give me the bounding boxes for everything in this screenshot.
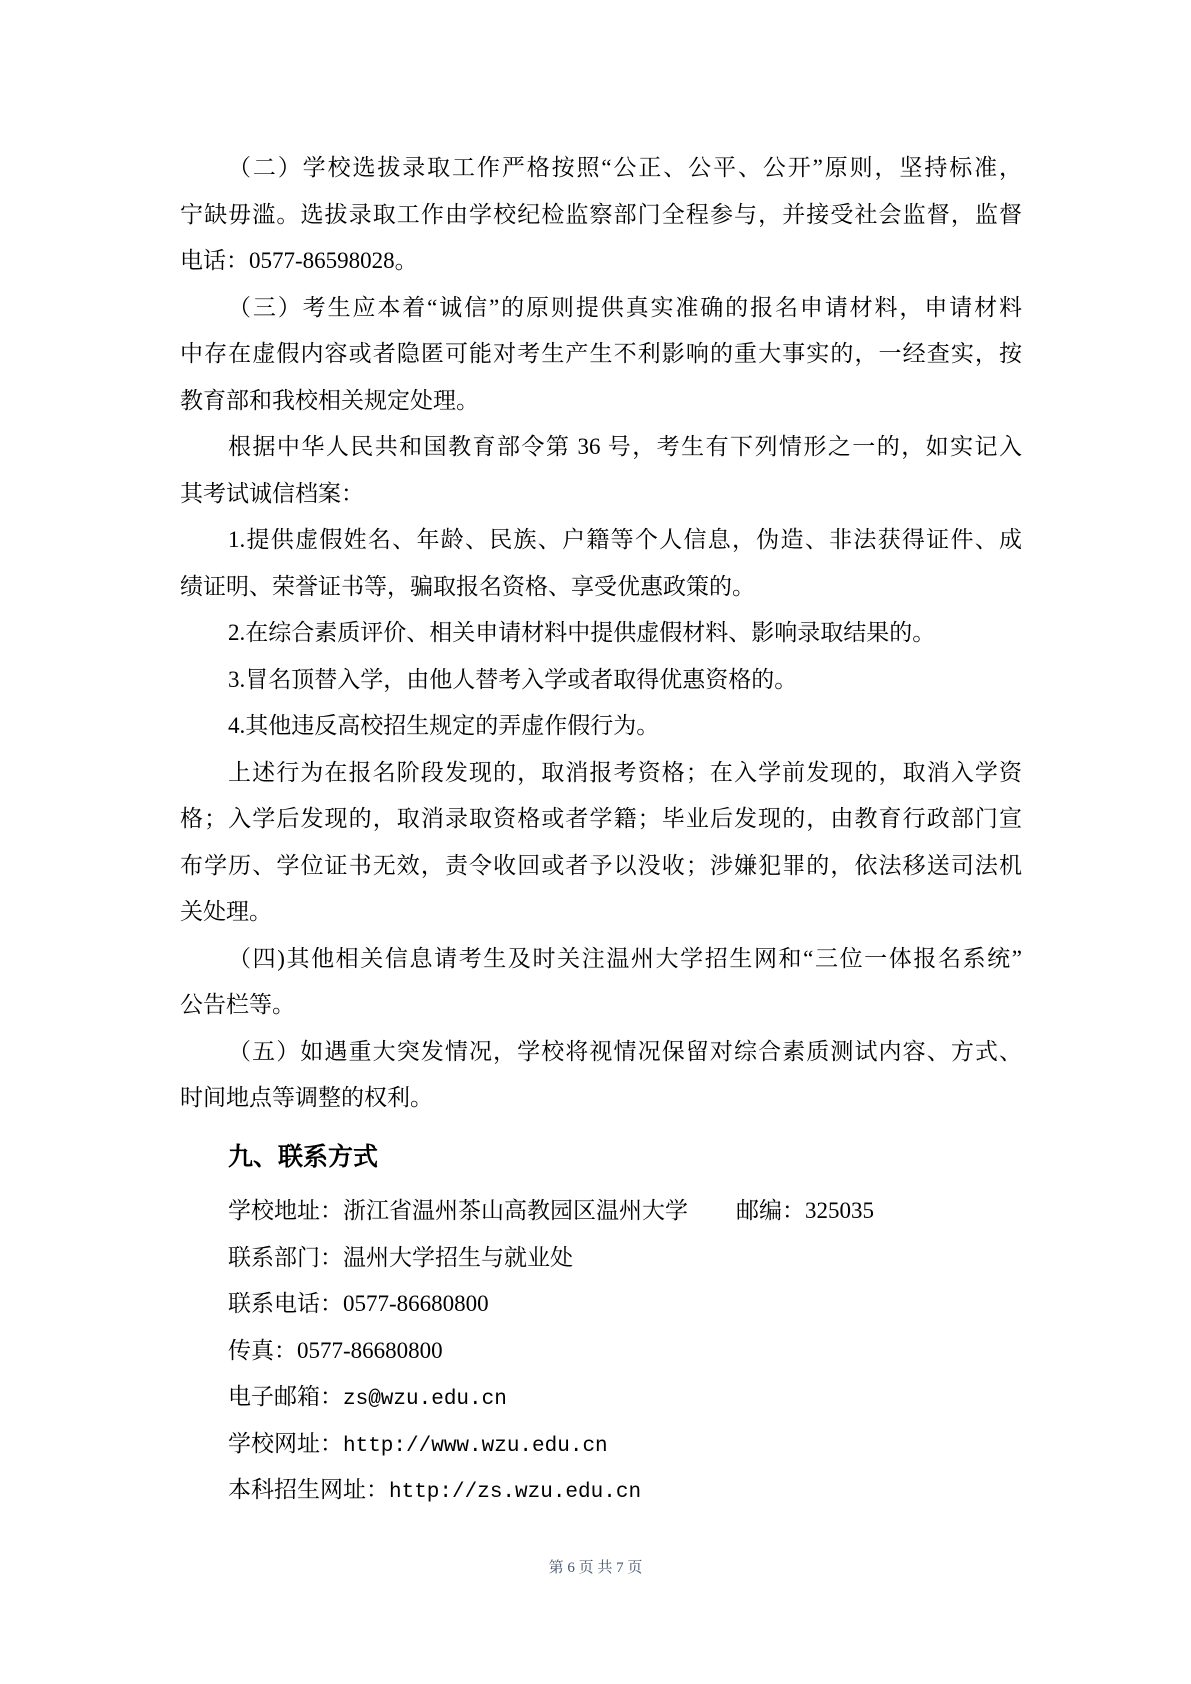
contact-label: 联系电话： bbox=[228, 1291, 343, 1316]
contact-line: 联系部门：温州大学招生与就业处 bbox=[180, 1235, 1022, 1282]
paragraph-line: （三）考生应本着“诚信”的原则提供真实准确的报名申请材料，申请材料 bbox=[180, 285, 1022, 332]
contact-line: 传真：0577-86680800 bbox=[180, 1328, 1022, 1375]
paragraph: 4.其他违反高校招生规定的弄虚作假行为。 bbox=[180, 703, 1022, 750]
paragraph-line: 关处理。 bbox=[180, 889, 1022, 936]
page-footer: 第 6 页 共 7 页 bbox=[0, 1556, 1191, 1577]
contact-label: 本科招生网址： bbox=[228, 1477, 389, 1502]
contact-suffix-label: 邮编： bbox=[736, 1198, 805, 1223]
paragraph-line: 绩证明、荣誉证书等，骗取报名资格、享受优惠政策的。 bbox=[180, 564, 1022, 611]
page-number: 第 6 页 共 7 页 bbox=[549, 1560, 643, 1576]
paragraph-line: （五）如遇重大突发情况，学校将视情况保留对综合素质测试内容、方式、 bbox=[180, 1029, 1022, 1076]
contact-line: 学校地址：浙江省温州茶山高教园区温州大学邮编：325035 bbox=[180, 1188, 1022, 1235]
paragraph-line: 时间地点等调整的权利。 bbox=[180, 1075, 1022, 1122]
paragraph: 2.在综合素质评价、相关申请材料中提供虚假材料、影响录取结果的。 bbox=[180, 610, 1022, 657]
paragraph-line: 中存在虚假内容或者隐匿可能对考生产生不利影响的重大事实的，一经查实，按 bbox=[180, 331, 1022, 378]
contact-line: 学校网址：http://www.wzu.edu.cn bbox=[180, 1421, 1022, 1468]
contact-value: 0577-86680800 bbox=[297, 1338, 443, 1363]
paragraph: 3.冒名顶替入学，由他人替考入学或者取得优惠资格的。 bbox=[180, 657, 1022, 704]
paragraph: （五）如遇重大突发情况，学校将视情况保留对综合素质测试内容、方式、时间地点等调整… bbox=[180, 1029, 1022, 1122]
paragraph-line: （四)其他相关信息请考生及时关注温州大学招生网和“三位一体报名系统” bbox=[180, 936, 1022, 983]
paragraph: （四)其他相关信息请考生及时关注温州大学招生网和“三位一体报名系统”公告栏等。 bbox=[180, 936, 1022, 1029]
paragraph-line: 2.在综合素质评价、相关申请材料中提供虚假材料、影响录取结果的。 bbox=[180, 610, 1022, 657]
contact-label: 传真： bbox=[228, 1338, 297, 1363]
paragraph-line: （二）学校选拔录取工作严格按照“公正、公平、公开”原则，坚持标准， bbox=[180, 145, 1022, 192]
contact-info-block: 学校地址：浙江省温州茶山高教园区温州大学邮编：325035联系部门：温州大学招生… bbox=[180, 1188, 1022, 1514]
contact-line: 本科招生网址：http://zs.wzu.edu.cn bbox=[180, 1467, 1022, 1514]
document-page: （二）学校选拔录取工作严格按照“公正、公平、公开”原则，坚持标准，宁缺毋滥。选拔… bbox=[0, 0, 1191, 1684]
paragraph-line: 教育部和我校相关规定处理。 bbox=[180, 378, 1022, 425]
paragraph-line: 其考试诚信档案： bbox=[180, 471, 1022, 518]
section-heading-contact: 九、联系方式 bbox=[180, 1134, 1022, 1181]
contact-value: 浙江省温州茶山高教园区温州大学 bbox=[343, 1198, 688, 1223]
paragraph-line: 根据中华人民共和国教育部令第 36 号，考生有下列情形之一的，如实记入 bbox=[180, 424, 1022, 471]
contact-suffix-value: 325035 bbox=[805, 1198, 874, 1223]
contact-value: http://www.wzu.edu.cn bbox=[343, 1435, 608, 1458]
paragraph-line: 公告栏等。 bbox=[180, 982, 1022, 1029]
contact-value: 0577-86680800 bbox=[343, 1291, 489, 1316]
contact-value: 温州大学招生与就业处 bbox=[343, 1245, 573, 1270]
contact-label: 联系部门： bbox=[228, 1245, 343, 1270]
paragraph-line: 宁缺毋滥。选拔录取工作由学校纪检监察部门全程参与，并接受社会监督，监督 bbox=[180, 192, 1022, 239]
paragraph: 根据中华人民共和国教育部令第 36 号，考生有下列情形之一的，如实记入其考试诚信… bbox=[180, 424, 1022, 517]
paragraph-line: 格；入学后发现的，取消录取资格或者学籍；毕业后发现的，由教育行政部门宣 bbox=[180, 796, 1022, 843]
paragraph: （三）考生应本着“诚信”的原则提供真实准确的报名申请材料，申请材料中存在虚假内容… bbox=[180, 285, 1022, 425]
paragraph-line: 布学历、学位证书无效，责令收回或者予以没收；涉嫌犯罪的，依法移送司法机 bbox=[180, 843, 1022, 890]
paragraph: （二）学校选拔录取工作严格按照“公正、公平、公开”原则，坚持标准，宁缺毋滥。选拔… bbox=[180, 145, 1022, 285]
paragraph: 上述行为在报名阶段发现的，取消报考资格；在入学前发现的，取消入学资格；入学后发现… bbox=[180, 750, 1022, 936]
paragraph: 1.提供虚假姓名、年龄、民族、户籍等个人信息，伪造、非法获得证件、成绩证明、荣誉… bbox=[180, 517, 1022, 610]
paragraph-line: 3.冒名顶替入学，由他人替考入学或者取得优惠资格的。 bbox=[180, 657, 1022, 704]
contact-label: 学校网址： bbox=[228, 1431, 343, 1456]
contact-value: http://zs.wzu.edu.cn bbox=[389, 1481, 641, 1504]
paragraph-line: 上述行为在报名阶段发现的，取消报考资格；在入学前发现的，取消入学资 bbox=[180, 750, 1022, 797]
body-text: （二）学校选拔录取工作严格按照“公正、公平、公开”原则，坚持标准，宁缺毋滥。选拔… bbox=[180, 145, 1022, 1514]
contact-line: 联系电话：0577-86680800 bbox=[180, 1281, 1022, 1328]
contact-label: 电子邮箱： bbox=[228, 1384, 343, 1409]
paragraph-line: 4.其他违反高校招生规定的弄虚作假行为。 bbox=[180, 703, 1022, 750]
paragraph-line: 1.提供虚假姓名、年龄、民族、户籍等个人信息，伪造、非法获得证件、成 bbox=[180, 517, 1022, 564]
contact-label: 学校地址： bbox=[228, 1198, 343, 1223]
paragraph-line: 电话：0577-86598028。 bbox=[180, 238, 1022, 285]
contact-value: zs@wzu.edu.cn bbox=[343, 1388, 507, 1411]
paragraphs-container: （二）学校选拔录取工作严格按照“公正、公平、公开”原则，坚持标准，宁缺毋滥。选拔… bbox=[180, 145, 1022, 1122]
contact-line: 电子邮箱：zs@wzu.edu.cn bbox=[180, 1374, 1022, 1421]
